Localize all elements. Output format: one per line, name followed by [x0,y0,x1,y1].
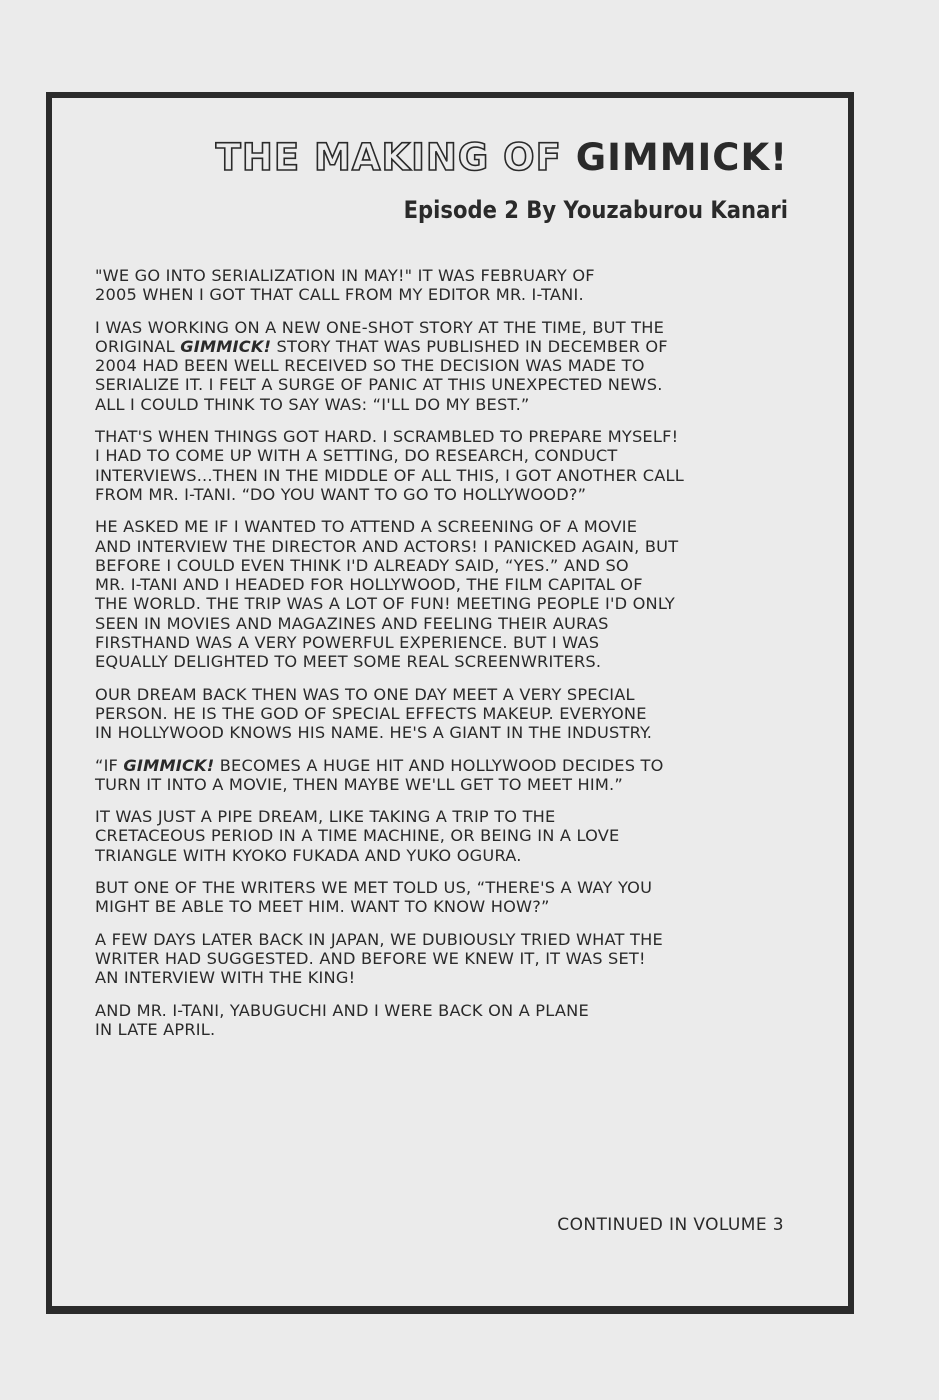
paragraph-text: AND MR. I-TANI, YABUGUCHI AND I WERE BAC… [95,1001,589,1039]
paragraph: "WE GO INTO SERIALIZATION IN MAY!" IT WA… [95,266,840,305]
emphasized-title: GIMMICK! [123,756,214,775]
paragraph: THAT'S WHEN THINGS GOT HARD. I SCRAMBLED… [95,427,840,504]
episode-byline: Episode 2 By Youzaburou Kanari [359,196,788,224]
article-body: "WE GO INTO SERIALIZATION IN MAY!" IT WA… [95,266,840,1052]
paragraph: IT WAS JUST A PIPE DREAM, LIKE TAKING A … [95,807,840,865]
paragraph-text: A FEW DAYS LATER BACK IN JAPAN, WE DUBIO… [95,930,663,988]
title-solid-text: GIMMICK! [576,136,788,179]
paragraph: HE ASKED ME IF I WANTED TO ATTEND A SCRE… [95,517,840,671]
paragraph: BUT ONE OF THE WRITERS WE MET TOLD US, “… [95,878,840,917]
continued-note: CONTINUED IN VOLUME 3 [490,1215,784,1235]
paragraph-text: OUR DREAM BACK THEN WAS TO ONE DAY MEET … [95,685,652,743]
paragraph-text: IT WAS JUST A PIPE DREAM, LIKE TAKING A … [95,807,619,865]
paragraph-text: "WE GO INTO SERIALIZATION IN MAY!" IT WA… [95,266,595,304]
paragraph-text: HE ASKED ME IF I WANTED TO ATTEND A SCRE… [95,517,678,671]
paragraph-text: THAT'S WHEN THINGS GOT HARD. I SCRAMBLED… [95,427,684,504]
paragraph-text: “IF [95,756,123,775]
title-outline-text: THE MAKING OF [216,136,562,179]
paragraph: A FEW DAYS LATER BACK IN JAPAN, WE DUBIO… [95,930,840,988]
emphasized-title: GIMMICK! [180,337,271,356]
paragraph-text: BUT ONE OF THE WRITERS WE MET TOLD US, “… [95,878,652,916]
paragraph: “IF GIMMICK! BECOMES A HUGE HIT AND HOLL… [95,756,840,795]
paragraph: OUR DREAM BACK THEN WAS TO ONE DAY MEET … [95,685,840,743]
paragraph: AND MR. I-TANI, YABUGUCHI AND I WERE BAC… [95,1001,840,1040]
page-title: THE MAKING OF GIMMICK! [148,136,788,179]
paragraph: I WAS WORKING ON A NEW ONE-SHOT STORY AT… [95,318,840,414]
